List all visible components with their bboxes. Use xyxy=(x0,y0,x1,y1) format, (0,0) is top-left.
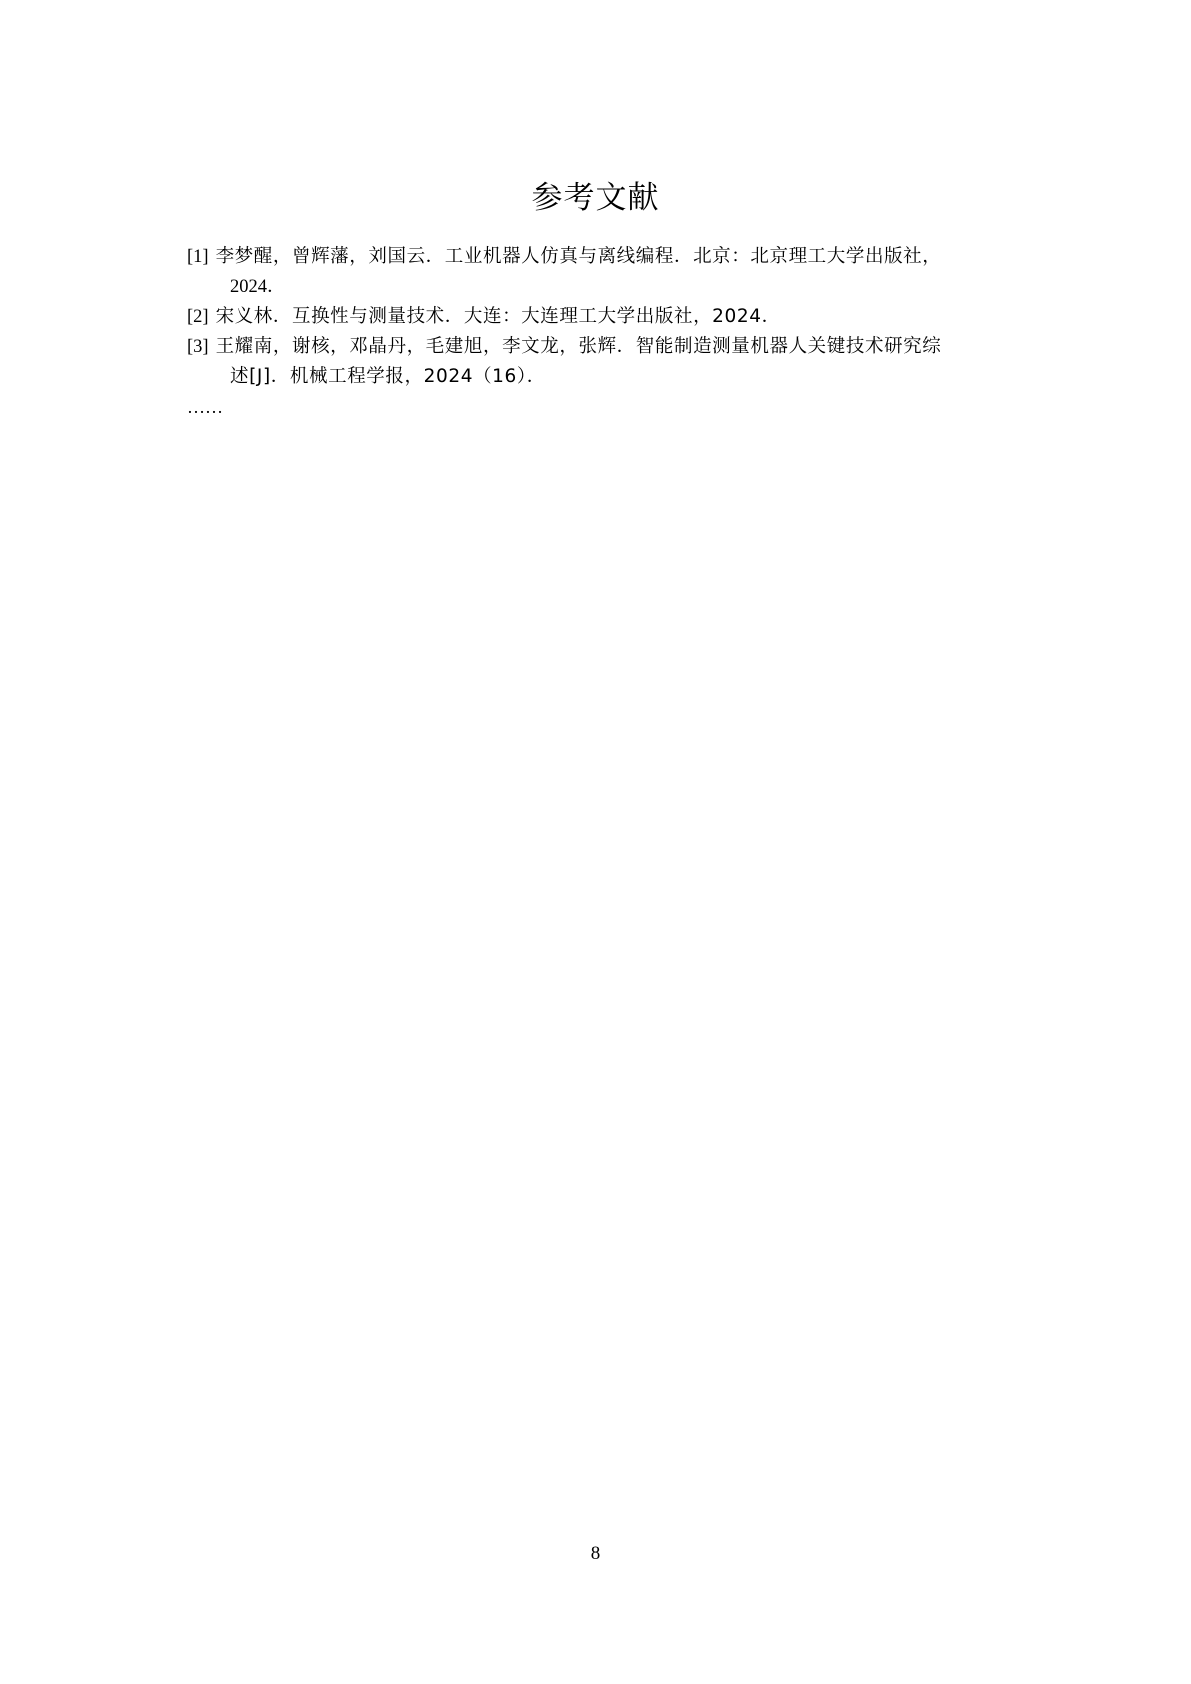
reference-item-3: [3]王耀南，谢核，邓晶丹，毛建旭，李文龙，张辉．智能制造测量机器人关键技术研究… xyxy=(187,332,1057,362)
reference-text: 李梦醒，曾辉藩，刘国云．工业机器人仿真与离线编程．北京：北京理工大学出版社， xyxy=(216,246,942,267)
reference-number: [1] xyxy=(187,242,209,272)
reference-item-2: [2]宋义林．互换性与测量技术．大连：大连理工大学出版社，2024． xyxy=(187,302,1057,332)
page-number: 8 xyxy=(0,1541,1191,1567)
reference-number: [2] xyxy=(187,302,209,332)
reference-text: 2024． xyxy=(230,277,286,297)
reference-text: 述[J]．机械工程学报，2024（16）． xyxy=(230,366,546,387)
page-title: 参考文献 xyxy=(0,176,1191,220)
reference-item-1-continuation: 2024． xyxy=(187,272,1057,302)
document-page: 参考文献 [1]李梦醒，曾辉藩，刘国云．工业机器人仿真与离线编程．北京：北京理工… xyxy=(0,0,1191,1684)
ellipsis-text: …… xyxy=(187,397,223,417)
reference-text: 宋义林．互换性与测量技术．大连：大连理工大学出版社，2024． xyxy=(216,306,781,327)
reference-item-1: [1]李梦醒，曾辉藩，刘国云．工业机器人仿真与离线编程．北京：北京理工大学出版社… xyxy=(187,242,1057,272)
reference-text: 王耀南，谢核，邓晶丹，毛建旭，李文龙，张辉．智能制造测量机器人关键技术研究综 xyxy=(216,336,942,357)
reference-list: [1]李梦醒，曾辉藩，刘国云．工业机器人仿真与离线编程．北京：北京理工大学出版社… xyxy=(187,242,1057,422)
reference-item-3-continuation: 述[J]．机械工程学报，2024（16）． xyxy=(187,362,1057,392)
reference-number: [3] xyxy=(187,332,209,362)
reference-continuation-ellipsis: …… xyxy=(187,392,1057,422)
